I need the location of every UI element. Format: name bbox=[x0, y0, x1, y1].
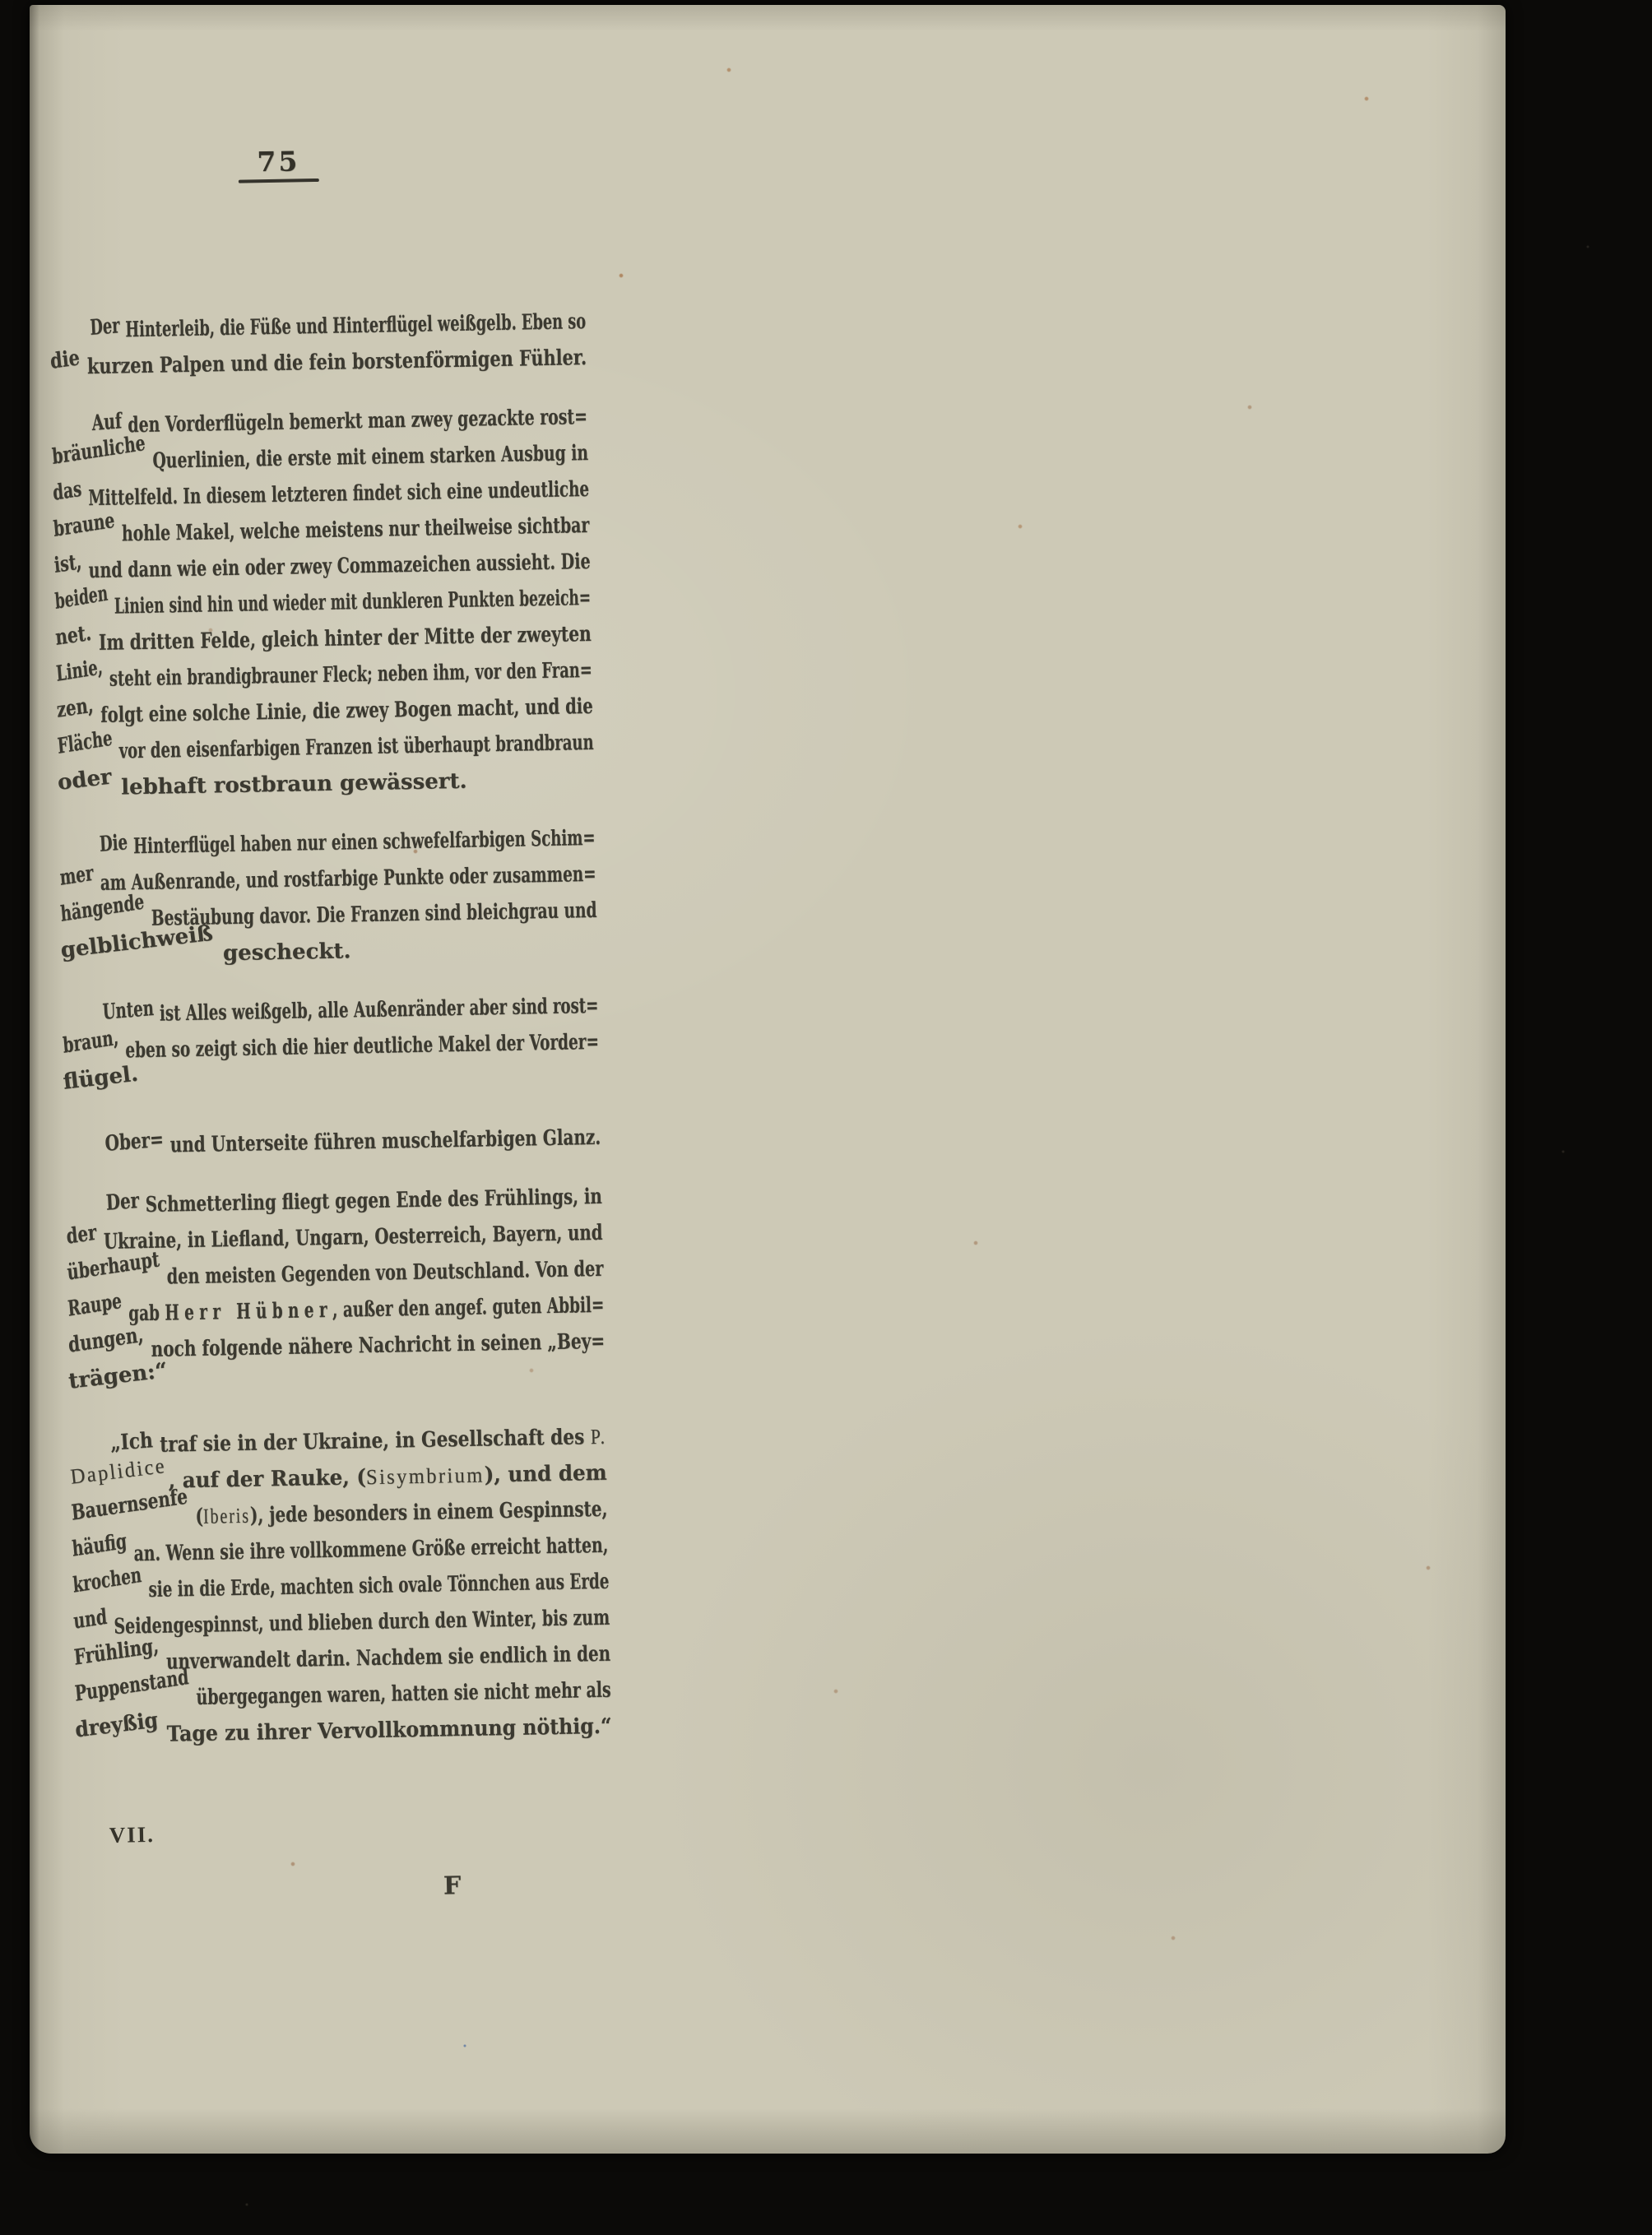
text-block: 75 Der Hinterleib, die Füße und Hinterfl… bbox=[48, 137, 614, 1849]
book-page: 75 Der Hinterleib, die Füße und Hinterfl… bbox=[30, 5, 1506, 2154]
signature-mark: F bbox=[443, 1871, 462, 1900]
page-header: 75 bbox=[11, 142, 546, 188]
page-number-rule bbox=[239, 179, 319, 183]
volume-mark: VII. bbox=[109, 1814, 613, 1848]
text-line: trägen:“ bbox=[70, 1360, 606, 1406]
paragraph: „Ich traf sie in der Ukraine, in Gesells… bbox=[72, 1419, 612, 1755]
paragraph: Unten ist Alles weißgelb, alle Außenränd… bbox=[63, 988, 600, 1106]
paragraph: Die Hinterflügel haben nur einen schwefe… bbox=[60, 820, 597, 975]
text-line: Ober= und Unterseite führen muschelfarbi… bbox=[66, 1120, 601, 1166]
paragraphs: Der Hinterleib, die Füße und Hinterflüge… bbox=[51, 304, 612, 1755]
page-number: 75 bbox=[11, 142, 546, 182]
paragraph: Der Schmetterling fliegt gegen Ende des … bbox=[67, 1179, 606, 1406]
text-line: dreyßig Tage zu ihrer Vervollkommnung nö… bbox=[77, 1709, 612, 1755]
paragraph: Ober= und Unterseite führen muschelfarbi… bbox=[66, 1120, 601, 1166]
scan-background: 75 Der Hinterleib, die Füße und Hinterfl… bbox=[0, 0, 1652, 2235]
paragraph: Auf den Vorderflügeln bemerkt man zwey g… bbox=[53, 399, 595, 807]
text-line: gelblichweiß gescheckt. bbox=[63, 929, 598, 975]
paragraph: Der Hinterleib, die Füße und Hinterflüge… bbox=[51, 304, 587, 386]
